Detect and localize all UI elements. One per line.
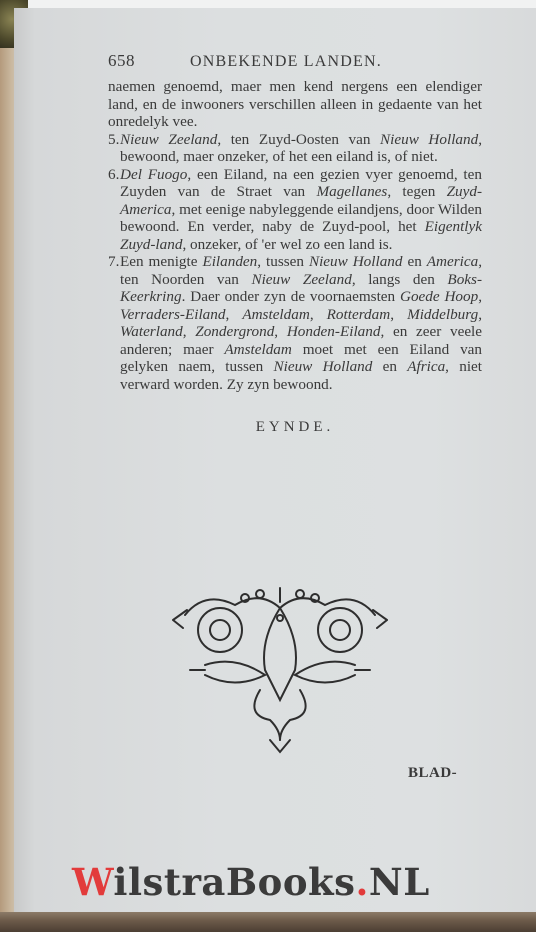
italic-place-name: Rotterdam xyxy=(327,306,391,323)
text-run: , xyxy=(310,306,327,323)
list-item: 6.Del Fuogo, een Eiland, na een gezien v… xyxy=(120,166,482,254)
text-run: , xyxy=(183,323,196,340)
italic-place-name: America xyxy=(427,253,478,270)
italic-place-name: Nieuw Holland xyxy=(380,131,478,148)
italic-place-name: Nieuw Zeeland xyxy=(251,271,351,288)
text-run: , onzeker, of 'er wel zo een land is. xyxy=(182,236,392,253)
text-run: en xyxy=(372,358,407,375)
running-head: 658 ONBEKENDE LANDEN. xyxy=(108,52,482,76)
list-item-text: Een menigte Eilanden, tussen Nieuw Holla… xyxy=(120,253,482,393)
italic-place-name: Africa xyxy=(407,358,445,375)
watermark-suffix: NL xyxy=(369,860,430,904)
floral-ornament-icon xyxy=(165,580,395,755)
list-item: 7.Een menigte Eilanden, tussen Nieuw Hol… xyxy=(120,253,482,393)
text-run: , tegen xyxy=(387,183,446,200)
italic-place-name: Middelburg xyxy=(407,306,478,323)
text-run: , xyxy=(478,306,482,323)
italic-place-name: Verraders-Eiland xyxy=(120,306,225,323)
italic-place-name: Magellanes xyxy=(316,183,387,200)
italic-place-name: Amsteldam xyxy=(224,341,292,358)
italic-place-name: Nieuw Zeeland xyxy=(120,131,217,148)
text-run: Een menigte xyxy=(120,253,202,270)
text-run: , xyxy=(274,323,287,340)
watermark-dot: . xyxy=(356,860,369,904)
italic-place-name: Nieuw Holland xyxy=(309,253,403,270)
numbered-list: 5.Nieuw Zeeland, ten Zuyd-Oosten van Nie… xyxy=(108,131,482,394)
list-item-text: Del Fuogo, een Eiland, na een gezien vye… xyxy=(120,166,482,254)
end-marker: EYNDE. xyxy=(108,419,482,437)
watermark-name: ilstraBooks xyxy=(113,860,355,904)
list-item-text: Nieuw Zeeland, ten Zuyd-Oosten van Nieuw… xyxy=(120,131,482,166)
italic-place-name: Zondergrond xyxy=(195,323,274,340)
watermark-initial: W xyxy=(72,860,113,904)
text-run: , xyxy=(478,288,482,305)
text-run: , xyxy=(390,306,407,323)
text-run: en xyxy=(403,253,427,270)
wilstrabooks-watermark: WilstraBooks.NL xyxy=(72,860,430,904)
italic-place-name: Eilanden xyxy=(202,253,257,270)
italic-place-name: Goede Hoop xyxy=(400,288,478,305)
text-run: , ten Zuyd-Oosten van xyxy=(217,131,380,148)
list-item-number: 6. xyxy=(108,166,120,254)
list-item: 5.Nieuw Zeeland, ten Zuyd-Oosten van Nie… xyxy=(120,131,482,166)
italic-place-name: Waterland xyxy=(120,323,183,340)
text-run: , xyxy=(225,306,242,323)
page-text-block: 658 ONBEKENDE LANDEN. naemen genoemd, ma… xyxy=(108,52,482,437)
italic-place-name: Amsteldam xyxy=(242,306,310,323)
list-item-number: 5. xyxy=(108,131,120,166)
catchword: BLAD- xyxy=(408,765,457,782)
italic-place-name: Nieuw Holland xyxy=(274,358,373,375)
text-run: , tussen xyxy=(257,253,309,270)
text-run: . Daer onder zyn de voornaemsten xyxy=(182,288,400,305)
page-number: 658 xyxy=(108,52,190,70)
list-item-number: 7. xyxy=(108,253,120,393)
opening-paragraph: naemen genoemd, maer men kend nergens ee… xyxy=(108,78,482,131)
text-run: , langs den xyxy=(352,271,448,288)
italic-place-name: Del Fuogo xyxy=(120,166,187,183)
italic-place-name: Honden-Eiland xyxy=(287,323,381,340)
running-title: ONBEKENDE LANDEN. xyxy=(190,53,382,71)
book-bottom-edge xyxy=(0,912,536,932)
